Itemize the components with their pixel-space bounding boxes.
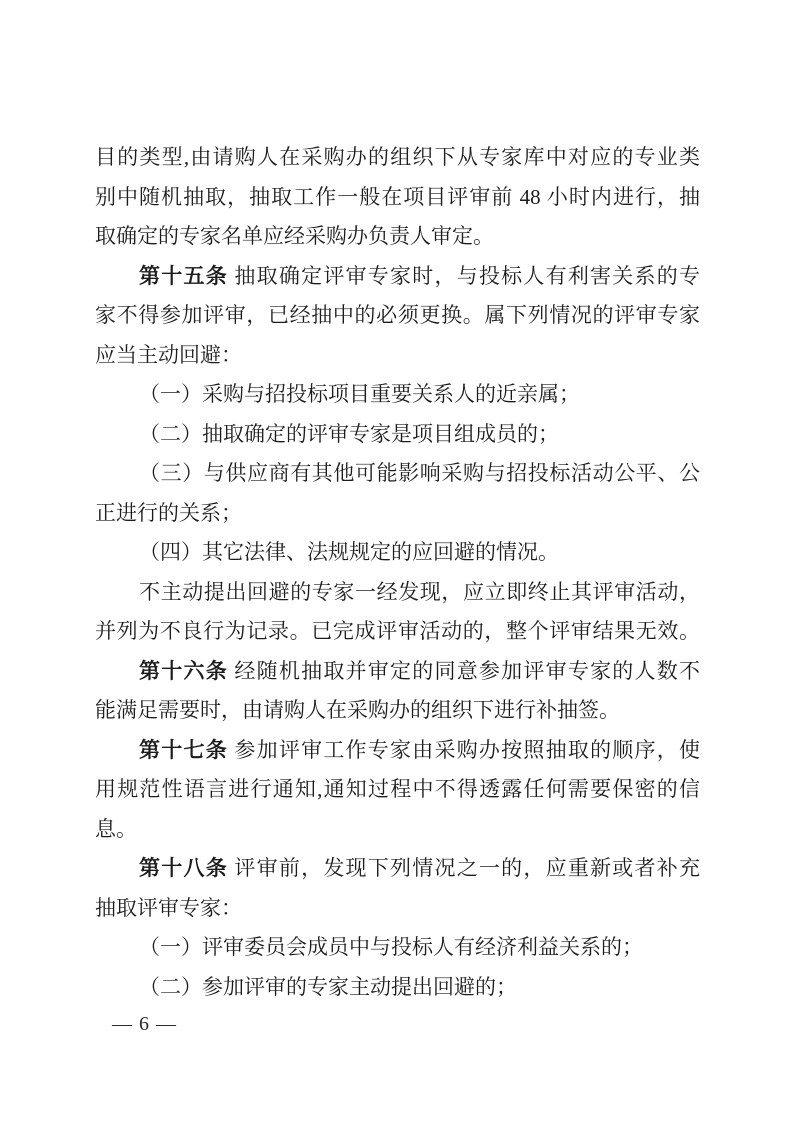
text-line: （一）评审委员会成员中与投标人有经济利益关系的；: [95, 928, 700, 968]
text-segment: （二）参加评审的专家主动提出回避的；: [139, 975, 517, 999]
text-segment: 不主动提出回避的专家一经发现，应立即终止其评审活动，: [139, 580, 700, 604]
text-line: （四）其它法律、法规规定的应回避的情况。: [95, 533, 700, 573]
text-segment: 别中随机抽取，抽取工作一般在项目评审前 48 小时内进行，抽: [95, 185, 700, 209]
article-number: 第十七条: [139, 738, 228, 762]
text-line: 并列为不良行为记录。已完成评审活动的，整个评审结果无效。: [95, 612, 700, 652]
text-line: 目的类型,由请购人在采购办的组织下从专家库中对应的专业类: [95, 138, 700, 178]
text-segment: 参加评审工作专家由采购办按照抽取的顺序，使: [228, 738, 700, 762]
text-line: 用规范性语言进行通知,通知过程中不得透露任何需要保密的信: [95, 770, 700, 810]
page-number: — 6 —: [112, 1007, 177, 1041]
text-segment: 应当主动回避：: [95, 343, 242, 367]
text-line: 第十六条 经随机抽取并审定的同意参加评审专家的人数不: [95, 652, 700, 692]
text-segment: （三）与供应商有其他可能影响采购与招投标活动公平、公: [139, 461, 700, 485]
text-line: 正进行的关系；: [95, 494, 700, 534]
text-line: 别中随机抽取，抽取工作一般在项目评审前 48 小时内进行，抽: [95, 178, 700, 218]
text-line: 家不得参加评审，已经抽中的必须更换。属下列情况的评审专家: [95, 296, 700, 336]
text-segment: 能满足需要时，由请购人在采购办的组织下进行补抽签。: [95, 698, 620, 722]
text-segment: 抽取评审专家：: [95, 896, 242, 920]
text-segment: 正进行的关系；: [95, 501, 242, 525]
text-segment: 目的类型,由请购人在采购办的组织下从专家库中对应的专业类: [95, 145, 700, 169]
text-line: （二）参加评审的专家主动提出回避的；: [95, 968, 700, 1008]
text-segment: （一）评审委员会成员中与投标人有经济利益关系的；: [139, 935, 643, 959]
text-segment: 评审前，发现下列情况之一的，应重新或者补充: [228, 856, 700, 880]
text-line: （一）采购与招投标项目重要关系人的近亲属；: [95, 375, 700, 415]
text-segment: （二）抽取确定的评审专家是项目组成员的；: [139, 422, 559, 446]
text-segment: （四）其它法律、法规规定的应回避的情况。: [139, 540, 559, 564]
text-segment: 抽取确定评审专家时，与投标人有利害关系的专: [228, 264, 700, 288]
text-segment: 并列为不良行为记录。已完成评审活动的，整个评审结果无效。: [95, 619, 700, 643]
article-number: 第十八条: [139, 856, 228, 880]
text-line: 第十八条 评审前，发现下列情况之一的，应重新或者补充: [95, 849, 700, 889]
text-line: 能满足需要时，由请购人在采购办的组织下进行补抽签。: [95, 691, 700, 731]
text-line: 应当主动回避：: [95, 336, 700, 376]
text-segment: 用规范性语言进行通知,通知过程中不得透露任何需要保密的信: [95, 777, 700, 801]
text-line: 第十七条 参加评审工作专家由采购办按照抽取的顺序，使: [95, 731, 700, 771]
text-segment: 经随机抽取并审定的同意参加评审专家的人数不: [228, 659, 700, 683]
text-segment: 家不得参加评审，已经抽中的必须更换。属下列情况的评审专家: [95, 303, 700, 327]
text-line: （二）抽取确定的评审专家是项目组成员的；: [95, 415, 700, 455]
text-line: 抽取评审专家：: [95, 889, 700, 929]
article-number: 第十五条: [139, 264, 228, 288]
document-body-text: 目的类型,由请购人在采购办的组织下从专家库中对应的专业类别中随机抽取，抽取工作一…: [95, 138, 700, 1007]
article-number: 第十六条: [139, 659, 228, 683]
text-line: 不主动提出回避的专家一经发现，应立即终止其评审活动，: [95, 573, 700, 613]
text-segment: 息。: [95, 817, 137, 841]
text-segment: （一）采购与招投标项目重要关系人的近亲属；: [139, 382, 580, 406]
text-segment: 取确定的专家名单应经采购办负责人审定。: [95, 224, 494, 248]
document-page: 目的类型,由请购人在采购办的组织下从专家库中对应的专业类别中随机抽取，抽取工作一…: [0, 0, 794, 1123]
text-line: 第十五条 抽取确定评审专家时，与投标人有利害关系的专: [95, 257, 700, 297]
text-line: 取确定的专家名单应经采购办负责人审定。: [95, 217, 700, 257]
text-line: （三）与供应商有其他可能影响采购与招投标活动公平、公: [95, 454, 700, 494]
text-line: 息。: [95, 810, 700, 850]
